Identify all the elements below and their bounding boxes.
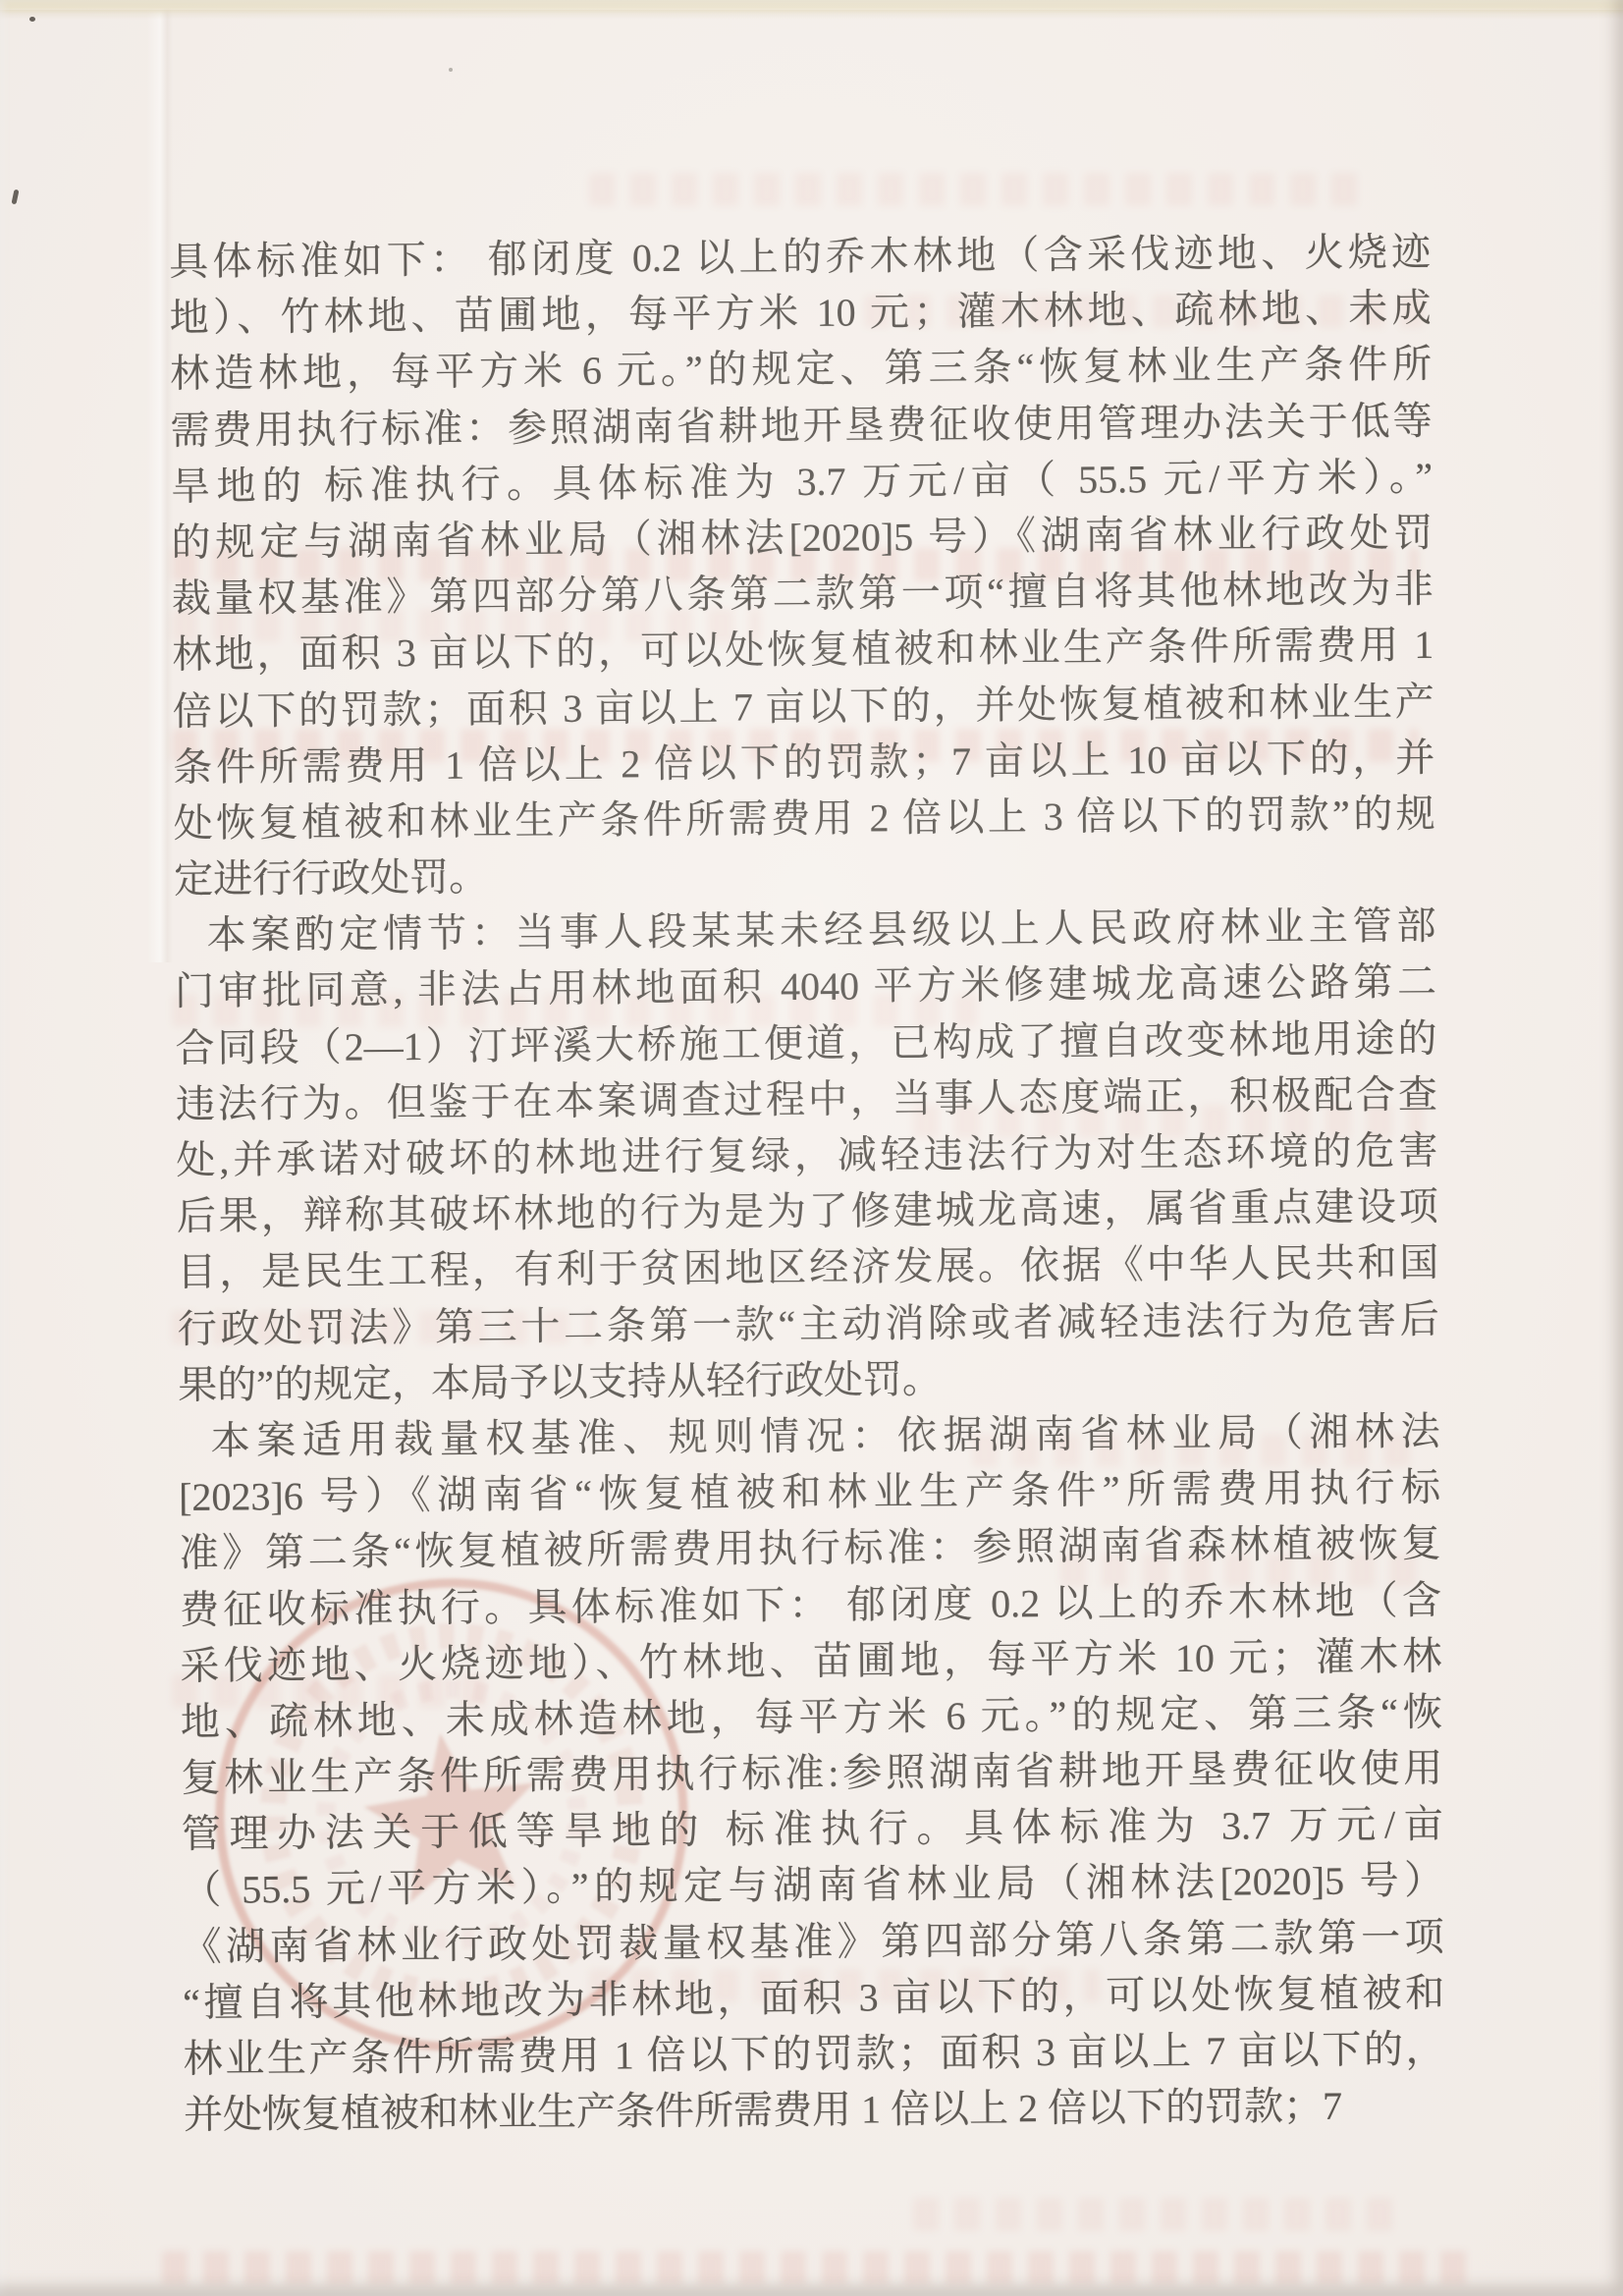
text-line: 定进行行政处罚。 — [174, 842, 1435, 907]
scan-top-edge-shadow — [0, 10, 1623, 20]
text-line: 条件所需费用 1 倍以上 2 倍以下的罚款；7 亩以上 10 亩以下的，并 — [173, 730, 1434, 795]
text-line: 地）、竹林地、苗圃地，每平方米 10 元；灌木林地、疏林地、未成 — [169, 280, 1431, 346]
text-line: 具体标准如下： 郁闭度 0.2 以上的乔木林地（含采伐迹地、火烧迹 — [169, 224, 1431, 290]
official-seal-stamp — [163, 1526, 739, 2103]
text-line: 后果，辩称其破坏林地的行为是为了修建城龙高速，属省重点建设项 — [177, 1178, 1438, 1244]
ink-bleedthrough — [589, 173, 1365, 206]
text-line: 目，是民生工程，有利于贫困地区经济发展。依据《中华人民共和国 — [177, 1234, 1438, 1300]
ink-bleedthrough — [913, 2198, 1404, 2231]
text-line: 裁量权基准》第四部分第八条第二款第一项“擅自将其他林地改为非 — [172, 561, 1434, 627]
text-line: 违法行为。但鉴于在本案调查过程中，当事人态度端正，积极配合查 — [176, 1066, 1437, 1132]
scanned-document-page: 具体标准如下： 郁闭度 0.2 以上的乔木林地（含采伐迹地、火烧迹地）、竹林地、… — [0, 0, 1623, 2296]
text-line: [2023]6 号）《湖南省“恢复植被和林业生产条件”所需费用执行标 — [179, 1459, 1440, 1525]
ink-bleedthrough — [162, 2251, 1478, 2284]
text-line: 需费用执行标准：参照湖南省耕地开垦费征收使用管理办法关于低等 — [170, 392, 1432, 458]
scan-speck — [449, 68, 453, 72]
text-line: 处,并承诺对破坏的林地进行复绿，减轻违法行为对生态环境的危害 — [176, 1122, 1437, 1188]
text-line: 并处恢复植被和林业生产条件所需费用 1 倍以上 2 倍以下的罚款；7 — [184, 2077, 1445, 2143]
text-line: 旱地的 标准执行。具体标准为 3.7 万元/亩（ 55.5 元/平方米）。” — [171, 449, 1433, 515]
scan-speck — [29, 17, 35, 22]
text-line: 本案适用裁量权基准、规则情况：依据湖南省林业局（湘林法 — [178, 1403, 1439, 1469]
text-line: 合同段（2—1）汀坪溪大桥施工便道，已构成了擅自改变林地用途的 — [175, 1011, 1436, 1076]
scan-speck — [11, 190, 19, 205]
text-line: 林造林地，每平方米 6 元。”的规定、第三条“恢复林业生产条件所 — [170, 336, 1432, 402]
text-line: 的规定与湖南省林业局（湘林法[2020]5 号）《湖南省林业行政处罚 — [171, 505, 1433, 571]
text-line: 果的”的规定，本局予以支持从轻行政处罚。 — [178, 1347, 1439, 1413]
text-line: 处恢复植被和林业生产条件所需费用 2 倍以上 3 倍以下的罚款”的规 — [173, 786, 1434, 851]
text-line: 林地，面积 3 亩以下的，可以处恢复植被和林业生产条件所需费用 1 — [172, 617, 1434, 683]
paper-crease — [147, 0, 173, 962]
text-line: 本案酌定情节：当事人段某某未经县级以上人民政府林业主管部 — [174, 898, 1435, 963]
star-icon — [355, 1722, 548, 1907]
text-line: 倍以下的罚款；面积 3 亩以上 7 亩以下的，并处恢复植被和林业生产 — [173, 673, 1434, 738]
text-line: 门审批同意, 非法占用林地面积 4040 平方米修建城龙高速公路第二 — [175, 954, 1436, 1019]
text-line: 行政处罚法》第三十二条第一款“主动消除或者减轻违法行为危害后 — [178, 1290, 1439, 1356]
